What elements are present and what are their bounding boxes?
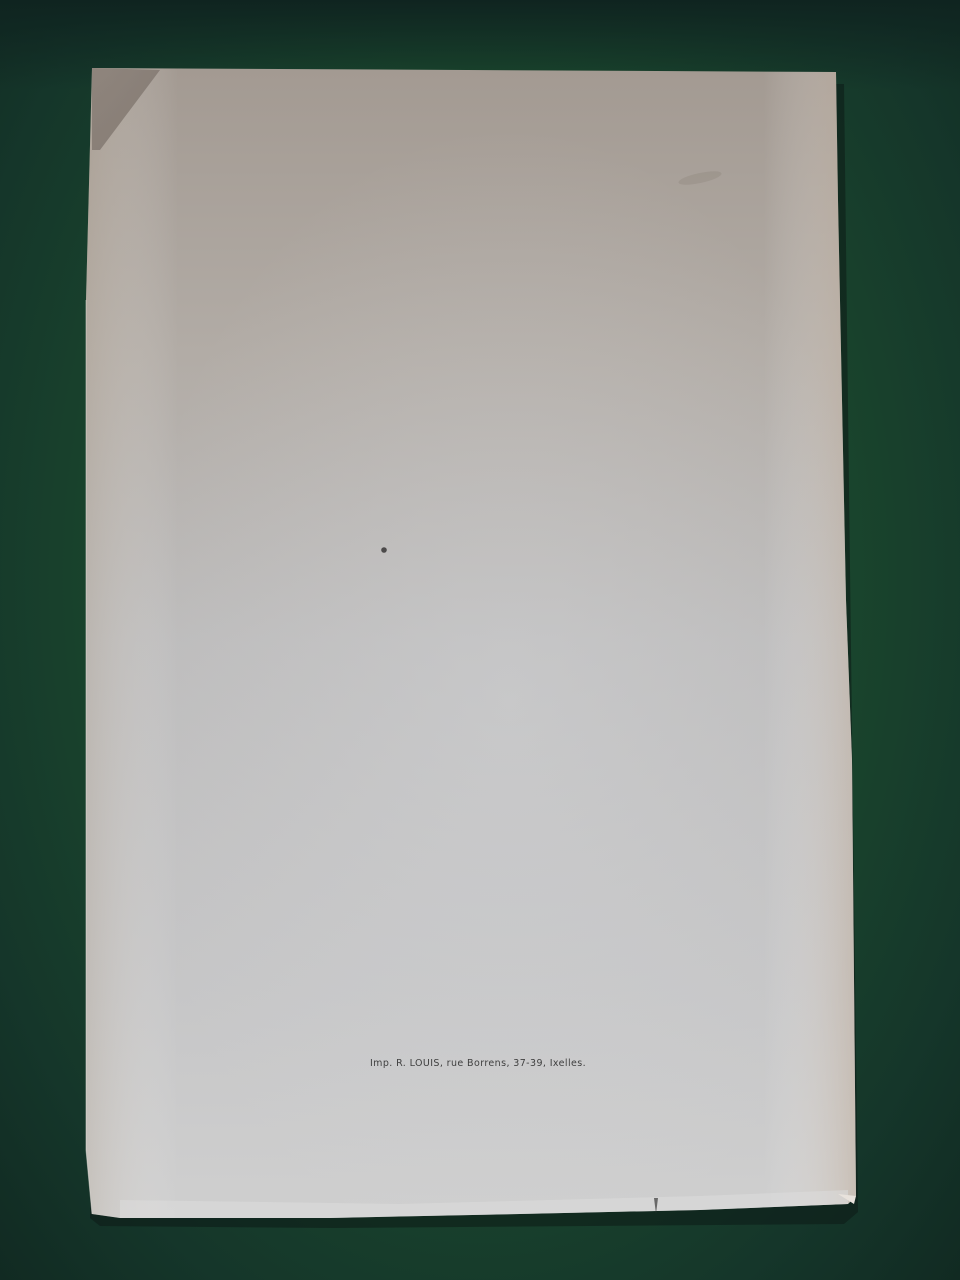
printer-imprint: Imp. R. LOUIS, rue Borrens, 37-39, Ixell… xyxy=(0,1058,960,1069)
paper-sheet: Imp. R. LOUIS, rue Borrens, 37-39, Ixell… xyxy=(0,0,960,1280)
paper-shape xyxy=(0,0,960,1280)
imprint-text: Imp. R. LOUIS, rue Borrens, 37-39, Ixell… xyxy=(370,1058,586,1069)
